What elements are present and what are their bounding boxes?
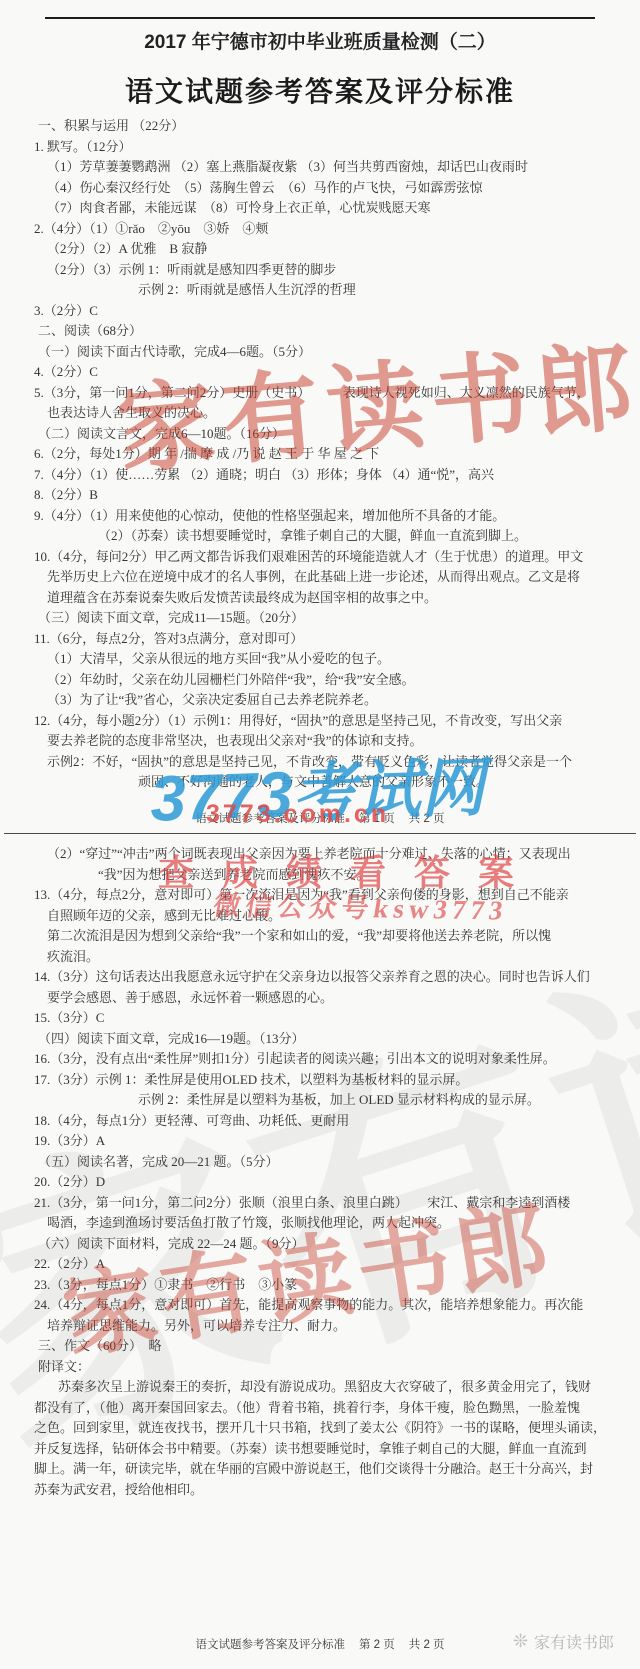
answer-line: （2）“穿过”“冲击”两个词既表现出父亲因为要上养老院而十分难过、失落的心情；又… [34, 844, 610, 865]
answer-line: 也表达诗人舍生取义的决心。 [34, 403, 610, 424]
answer-line: 都没有了，（他）离开秦国回家去。（他）背着书箱，挑着行李，身体干瘦，脸色黝黑，一… [34, 1398, 610, 1419]
answer-line: （四）阅读下面文章，完成16—19题。（13分） [34, 1029, 610, 1050]
answer-line: 疚流泪。 [34, 947, 610, 968]
answer-line: （7）肉食者鄙，未能远谋 （8）可怜身上衣正单，心忧炭贱愿天寒 [34, 198, 610, 219]
footer-page-total: 共 2 页 [409, 813, 445, 825]
answer-line: 14.（3分）这句话表达出我愿意永远守护在父亲身边以报答父亲养育之恩的决心。同时… [34, 967, 610, 988]
answer-line: 3.（2分）C [34, 301, 610, 322]
flower-stamp-icon: ❊ [513, 1631, 528, 1652]
page-separator-rule [4, 833, 636, 834]
answer-line: 之色。回到家里，就连夜找书，摆开几十只书箱，找到了姜太公《阴符》一书的谋略，便埋… [34, 1418, 610, 1439]
answer-line: 10.（4分，每问2分）甲乙两文都告诉我们艰难困苦的环境能造就人才（生于忧患）的… [34, 547, 610, 568]
answer-line: （一）阅读下面古代诗歌，完成4—6题。（5分） [34, 342, 610, 363]
answer-line: 脚上。满一年，研读完毕，就在华丽的宫殿中游说赵王，他们交谈得十分融洽。赵王十分高… [34, 1459, 610, 1480]
footer-page-number: 第 1 页 [359, 813, 395, 825]
answer-line: 示例 2：听雨就是感悟人生沉浮的哲理 [34, 280, 610, 301]
answer-line: （2分）（3）示例 1：听雨就是感知四季更替的脚步 [34, 260, 610, 281]
answer-line: 12.（4分，每小题2分）（1）示例1：用得好，“固执”的意思是坚持己见，不肯改… [34, 711, 610, 732]
answer-line: （1）芳草萋萋鹦鹉洲 （2）塞上燕脂凝夜紫 （3）何当共剪西窗烛，却话巴山夜雨时 [34, 157, 610, 178]
page1-footer: 语文试题参考答案及评分标准第 1 页共 2 页 [0, 810, 640, 826]
page2-body: （2）“穿过”“冲击”两个词既表现出父亲因为要上养老院而十分难过、失落的心情；又… [0, 844, 640, 1500]
answer-line: （六）阅读下面材料，完成 22—24 题。（9分） [34, 1234, 610, 1255]
answer-line: 17.（3分）示例 1：柔性屏是使用OLED 技术，以塑料为基板材料的显示屏。 [34, 1070, 610, 1091]
answer-line: 24.（4分，每点1分，意对即可）首先，能提高观察事物的能力。其次，能培养想象能… [34, 1295, 610, 1316]
answer-line: 第二次流泪是因为想到父亲给“我”一个家和如山的爱，“我”却要将他送去养老院，所以… [34, 926, 610, 947]
answer-line: 一、积累与运用 （22分） [34, 116, 610, 137]
answer-line: 二、阅读（68分） [34, 321, 610, 342]
answer-line: 19.（3分）A [34, 1131, 610, 1152]
answer-line: 附译文： [34, 1357, 610, 1378]
page-title: 语文试题参考答案及评分标准 [0, 70, 640, 110]
answer-line: 13.（4分，每点2分，意对即可）第一次流泪是因为“我”看到父亲佝偻的身影，想到… [34, 885, 610, 906]
header-rule [45, 17, 595, 19]
answer-line: （3）为了让“我”省心，父亲决定委屈自己去养老院养老。 [34, 690, 610, 711]
answer-line: （1）大清早，父亲从很远的地方买回“我”从小爱吃的包子。 [34, 649, 610, 670]
answer-line: （五）阅读名著，完成 20—21 题。（5分） [34, 1152, 610, 1173]
answer-line: 15.（3分）C [34, 1008, 610, 1029]
answer-line: 16.（3分，没有点出“柔性屏”则扣1分）引起读者的阅读兴趣；引出本文的说明对象… [34, 1049, 610, 1070]
answer-line: 18.（4分，每点1分）更轻薄、可弯曲、功耗低、更耐用 [34, 1111, 610, 1132]
answer-line: 先举历史上六位在逆境中成才的名人事例，在此基础上进一步论述，从而得出观点。乙文是… [34, 567, 610, 588]
answer-line: 23.（3分，每点1分）①隶书 ②行书 ③小篆 [34, 1275, 610, 1296]
answer-line: 自照顾年迈的父亲，感到无比难过心酸。 [34, 906, 610, 927]
answer-line: 要学会感恩、善于感恩，永远怀着一颗感恩的心。 [34, 988, 610, 1009]
answer-line: 4.（2分）C [34, 362, 610, 383]
exam-title: 2017 年宁德市初中毕业班质量检测（二） [0, 27, 640, 54]
answer-line: 5.（3分，第一问1分，第二问2分）史册（史书） 表现诗人视死如归、大义凛然的民… [34, 383, 610, 404]
footer-page-number: 第 2 页 [359, 1639, 395, 1651]
footer-page-total: 共 2 页 [409, 1639, 445, 1651]
publisher-badge: ❊ 家有读书郎 [513, 1630, 614, 1653]
answer-line: 三、作文（60分） 略 [34, 1336, 610, 1357]
answer-line: 21.（3分，第一问1分，第二问2分）张顺（浪里白条、浪里白跳） 宋江、戴宗和李… [34, 1193, 610, 1214]
answer-line: 20.（2分）D [34, 1172, 610, 1193]
answer-line: 1. 默写。（12分） [34, 137, 610, 158]
answer-line: 6.（2分，每处1分）期 年 /揣 摩 成 /乃 说 赵 王 于 华 屋 之 下 [34, 444, 610, 465]
answer-line: 喝酒，李逵到渔场讨要活鱼打散了竹篾，张顺找他理论，两人起冲突。 [34, 1213, 610, 1234]
answer-line: （2分）（2）A 优雅 B 寂静 [34, 239, 610, 260]
answer-line: （2）年幼时，父亲在幼儿园栅栏门外陪伴“我”，给“我”安全感。 [34, 670, 610, 691]
answer-line: 22.（2分）A [34, 1254, 610, 1275]
answer-line: 要去养老院的态度非常坚决，也表现出父亲对“我”的体谅和支持。 [34, 731, 610, 752]
answer-line: 培养辩证思维能力。另外，可以培养专注力、耐力。 [34, 1316, 610, 1337]
answer-line: （2）（苏秦）读书想要睡觉时，拿锥子刺自己的大腿，鲜血一直流到脚上。 [34, 526, 610, 547]
footer-title: 语文试题参考答案及评分标准 [195, 813, 345, 825]
footer-title: 语文试题参考答案及评分标准 [195, 1639, 345, 1651]
answer-line: 并反复选择，钻研体会书中精要。（苏秦）读书想要睡觉时，拿锥子刺自己的大腿，鲜血一… [34, 1439, 610, 1460]
answer-line: 9.（4分）（1）用来使他的心惊动，使他的性格坚强起来，增加他所不具备的才能。 [34, 506, 610, 527]
answer-line: “我”因为想把父亲送到养老院而感到愧疚不安。 [34, 865, 610, 886]
publisher-name: 家有读书郎 [534, 1630, 614, 1653]
answer-line: 苏秦多次呈上游说秦王的奏折，却没有游说成功。黑貂皮大衣穿破了，很多黄金用完了，钱… [34, 1377, 610, 1398]
answer-line: 2.（4分）（1）①rǎo ②yōu ③娇 ④颊 [34, 219, 610, 240]
answer-line: （4）伤心秦汉经行处 （5）荡胸生曾云 （6）马作的卢飞快，弓如霹雳弦惊 [34, 178, 610, 199]
answer-line: （二）阅读文言文，完成6—10题。（16分） [34, 424, 610, 445]
page1-body: 一、积累与运用 （22分）1. 默写。（12分）（1）芳草萋萋鹦鹉洲 （2）塞上… [0, 116, 640, 793]
answer-line: 7.（4分）（1）使……劳累 （2）通晓；明白 （3）形体；身体 （4）通“悦”… [34, 465, 610, 486]
answer-line: 示例 2：柔性屏是以塑料为基板，加上 OLED 显示材料构成的显示屏。 [34, 1090, 610, 1111]
answer-line: 顽固、不好沟通的老人，与文中善解人意的父亲形象不一致。 [34, 772, 610, 793]
answer-line: 道理蕴含在苏秦说秦失败后发愤苦读最终成为赵国宰相的故事之中。 [34, 588, 610, 609]
answer-line: 11.（6分，每点2分，答对3点满分，意对即可） [34, 629, 610, 650]
answer-line: （三）阅读下面文章，完成11—15题。（20分） [34, 608, 610, 629]
answer-line: 示例2：不好，“固执”的意思是坚持己见，不肯改变，带有贬义色彩，让读者觉得父亲是… [34, 752, 610, 773]
answer-line: 苏秦为武安君，授给他相印。 [34, 1480, 610, 1501]
answer-line: 8.（2分）B [34, 485, 610, 506]
